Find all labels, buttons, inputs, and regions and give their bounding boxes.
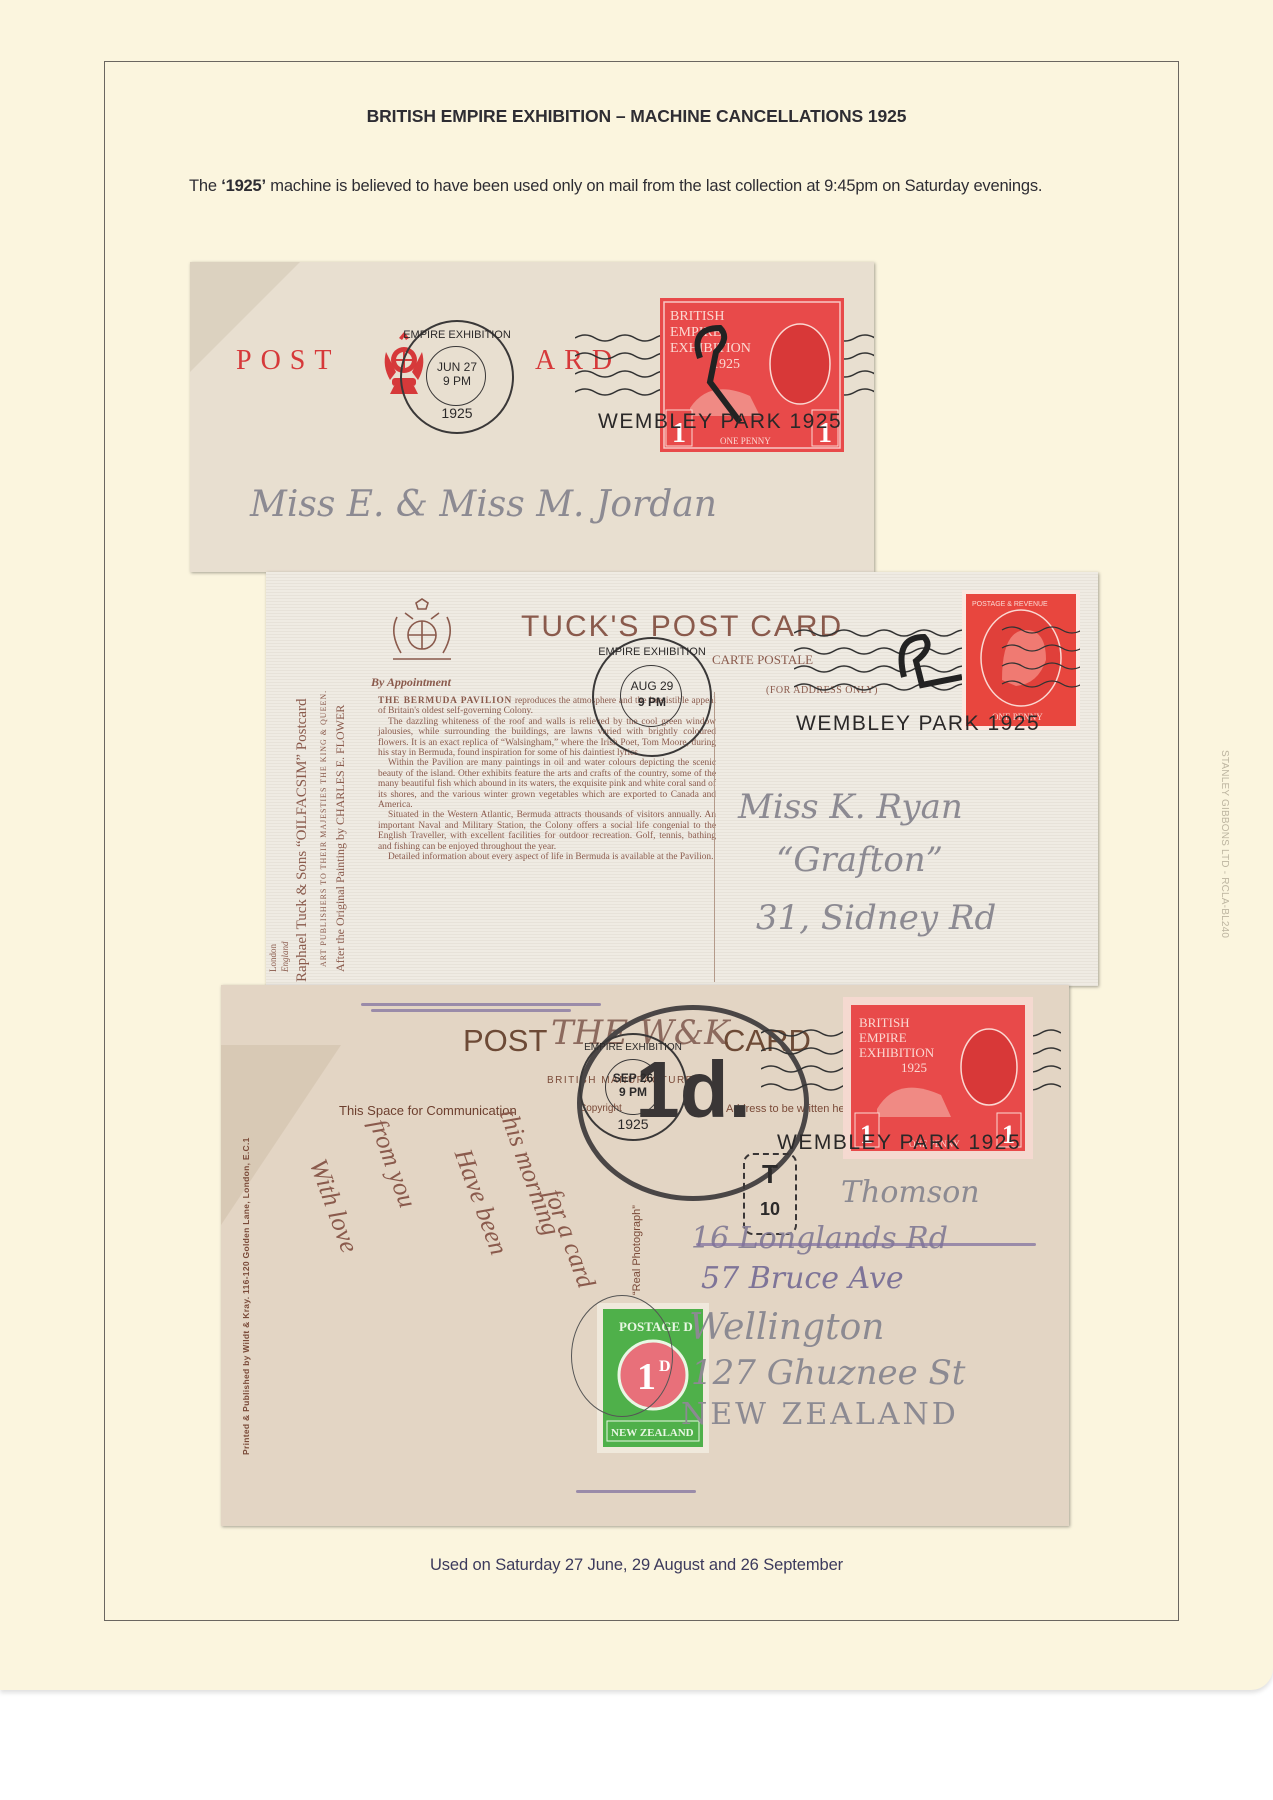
page-caption: Used on Saturday 27 June, 29 August and … <box>0 1556 1273 1575</box>
publisher-line-1: Raphael Tuck & Sons “OILFACSIM” Postcard <box>294 699 311 982</box>
slogan-cancel: WEMBLEY PARK 1925 <box>796 712 1040 736</box>
publisher-small: London <box>268 944 278 972</box>
exhibition-postmark: EMPIRE EXHIBITION AUG 29 9 PM <box>592 637 712 757</box>
king-george-v-stamp: POSTAGE & REVENUE ONE PENNY <box>962 590 1080 730</box>
svg-text:EXHIBITION: EXHIBITION <box>859 1045 935 1060</box>
svg-text:EMPIRE: EMPIRE <box>859 1030 907 1045</box>
publisher-line-3: After the Original Painting by CHARLES E… <box>333 705 348 972</box>
nz-postmark <box>571 1295 673 1417</box>
handwritten-address: Miss E. & Miss M. Jordan <box>250 484 717 525</box>
address-line-2: 16 Longlands Rd <box>691 1221 948 1256</box>
dealer-reference: STANLEY GIBBONS LTD - RCLA-BL240 <box>1219 750 1230 938</box>
address-line-3: 31, Sidney Rd <box>756 898 996 938</box>
svg-text:EXHIBITION: EXHIBITION <box>670 341 751 356</box>
intro-text: The ‘1925’ machine is believed to have b… <box>189 176 1109 197</box>
crossed-out-line <box>371 1009 571 1012</box>
printer-credit: Printed & Published by Wildt & Kray. 116… <box>241 1137 251 1455</box>
address-line-1: Thomson <box>841 1175 980 1210</box>
slogan-cancel: WEMBLEY PARK 1925 <box>598 410 842 434</box>
message-line-2: from you <box>363 1115 423 1212</box>
address-line-2: “Grafton” <box>776 840 943 880</box>
svg-text:1925: 1925 <box>901 1060 927 1075</box>
postcard-september: POST THE W&K CARD BRITISH MANUFACTURE Th… <box>221 985 1069 1526</box>
postcard-june: POST ARD EMPIRE EXHIBITION JUN 27 9 PM 1… <box>190 262 874 572</box>
royal-coat-of-arms-icon <box>383 597 461 667</box>
address-line-1: Miss K. Ryan <box>738 787 963 827</box>
address-line-6: NEW ZEALAND <box>681 1397 959 1432</box>
exhibition-postmark: EMPIRE EXHIBITION SEP 26 9 PM 1925 <box>579 1033 687 1141</box>
page-title: BRITISH EMPIRE EXHIBITION – MACHINE CANC… <box>0 106 1273 127</box>
publisher-line-2: ART PUBLISHERS TO THEIR MAJESTIES THE KI… <box>319 690 328 967</box>
message-line-5: for a card <box>538 1185 601 1292</box>
postcard-label-left: POST <box>236 345 340 377</box>
crossed-out-line <box>576 1490 696 1493</box>
by-appointment-label: By Appointment <box>371 675 451 690</box>
real-photograph-label: “Real Photograph” <box>631 1205 643 1295</box>
postcard-label-left: POST <box>463 1023 547 1059</box>
address-line-5: 127 Ghuznee St <box>691 1353 965 1393</box>
exhibition-postmark: EMPIRE EXHIBITION JUN 27 9 PM 1925 <box>400 320 514 434</box>
postcard-august: TUCK'S POST CARD CARTE POSTALE (FOR ADDR… <box>266 572 1098 986</box>
address-line-4: Wellington <box>689 1307 884 1348</box>
crossed-out-line <box>361 1003 601 1006</box>
publisher-small-2: England <box>280 942 290 973</box>
message-line-3: Have been <box>448 1145 514 1259</box>
communication-label: This Space for Communication <box>339 1103 517 1118</box>
svg-text:BRITISH: BRITISH <box>859 1015 910 1030</box>
address-line-3: 57 Bruce Ave <box>701 1261 904 1296</box>
divider-line <box>714 692 715 982</box>
crossed-out-line <box>696 1243 1036 1246</box>
album-page: BRITISH EMPIRE EXHIBITION – MACHINE CANC… <box>0 0 1273 1690</box>
svg-text:BRITISH: BRITISH <box>670 309 724 324</box>
slogan-cancel: WEMBLEY PARK 1925 <box>777 1131 1021 1155</box>
svg-text:ONE PENNY: ONE PENNY <box>720 436 771 446</box>
svg-text:POSTAGE & REVENUE: POSTAGE & REVENUE <box>972 601 1048 608</box>
